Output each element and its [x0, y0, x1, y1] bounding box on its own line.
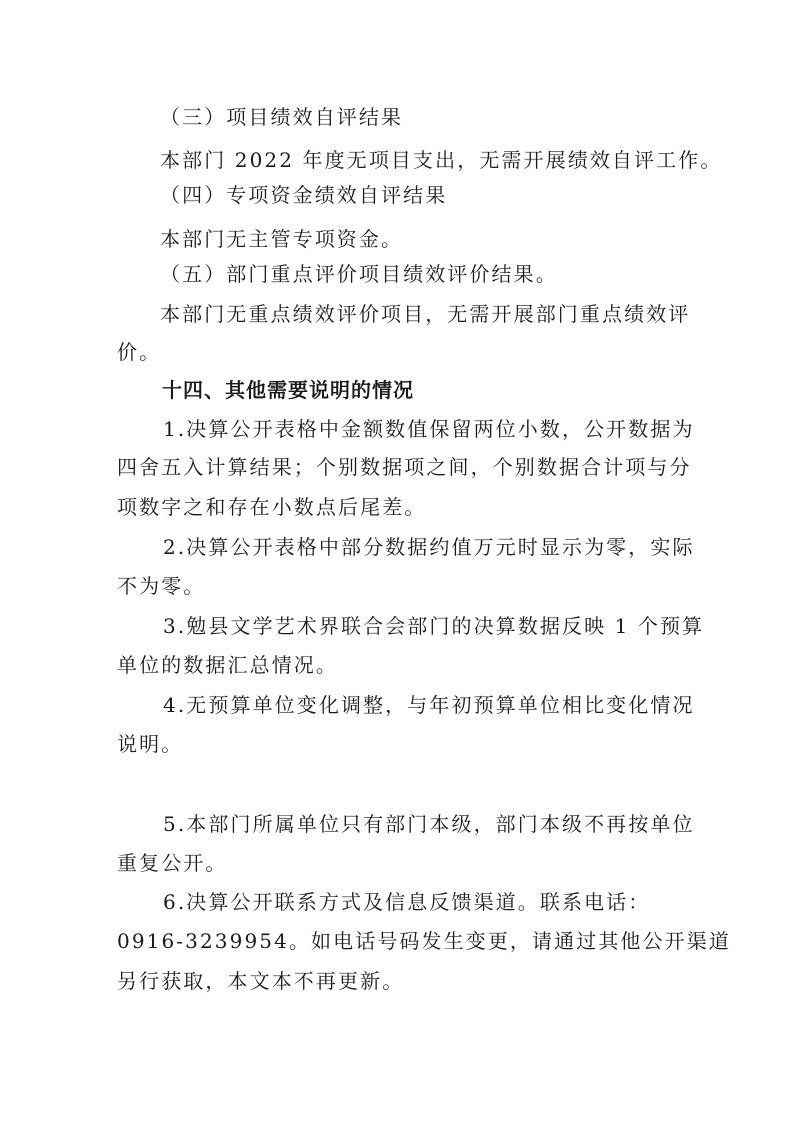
item-1-line2: 四舍五入计算结果；个别数据项之间，个别数据合计项与分 — [117, 455, 692, 479]
item-2-line1: 2.决算公开表格中部分数据约值万元时显示为零，实际 — [163, 535, 695, 559]
item-1-line1: 1.决算公开表格中金额数值保留两位小数，公开数据为 — [163, 417, 695, 441]
paragraph-key-evaluation-line2: 价。 — [117, 340, 161, 364]
subheading-special-funds: （四）专项资金绩效自评结果 — [160, 183, 447, 207]
item-5-line1: 5.本部门所属单位只有部门本级，部门本级不再按单位 — [163, 812, 695, 836]
item-1-line3: 项数字之和存在小数点后尾差。 — [117, 495, 426, 519]
item-6-line3: 另行获取，本文本不再更新。 — [117, 969, 404, 993]
item-6-line2: 0916-3239954。如电话号码发生变更，请通过其他公开渠道 — [117, 929, 731, 953]
subheading-project-performance: （三）项目绩效自评结果 — [160, 105, 403, 129]
item-3-line1: 3.勉县文学艺术界联合会部门的决算数据反映 1 个预算 — [163, 614, 704, 638]
item-4-line1: 4.无预算单位变化调整，与年初预算单位相比变化情况 — [163, 693, 695, 717]
item-2-line2: 不为零。 — [117, 574, 205, 598]
item-4-line2: 说明。 — [117, 732, 183, 756]
item-3-line2: 单位的数据汇总情况。 — [117, 653, 338, 677]
paragraph-key-evaluation-line1: 本部门无重点绩效评价项目，无需开展部门重点绩效评 — [160, 302, 690, 326]
section-heading-other-notes: 十四、其他需要说明的情况 — [162, 378, 414, 402]
item-5-line2: 重复公开。 — [117, 851, 228, 875]
paragraph-special-funds: 本部门无主管专项资金。 — [160, 227, 403, 251]
subheading-key-evaluation: （五）部门重点评价项目绩效评价结果。 — [160, 262, 558, 286]
item-6-line1: 6.决算公开联系方式及信息反馈渠道。联系电话： — [163, 890, 650, 914]
paragraph-project-performance: 本部门 2022 年度无项目支出，无需开展绩效自评工作。 — [160, 148, 722, 172]
document-page: （三）项目绩效自评结果 本部门 2022 年度无项目支出，无需开展绩效自评工作。… — [0, 0, 793, 1122]
